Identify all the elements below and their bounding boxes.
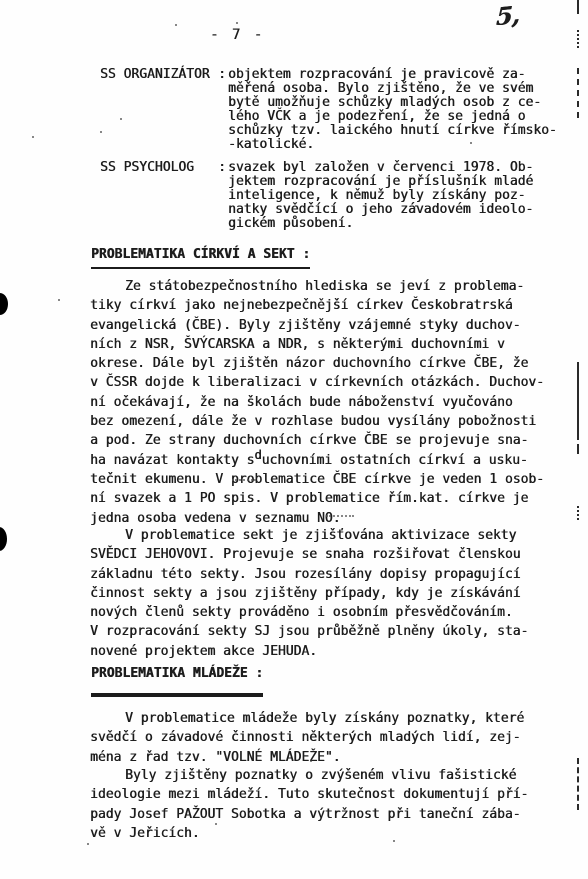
section-heading-church-text: PROBLEMATIKA CÍRKVÍ A SEKT :: [91, 245, 310, 269]
scan-speck: [215, 823, 217, 825]
punch-hole-mark: [0, 293, 8, 315]
scan-smudge: [232, 479, 256, 481]
profile-separator: :: [218, 161, 226, 175]
edge-scan-mark: [577, 30, 579, 48]
edge-scan-mark: [577, 68, 579, 118]
typo-line-suffix: uchovními ostatních církví a usku-: [262, 453, 528, 468]
edge-scan-mark: [577, 0, 579, 14]
church-paragraph-1: Ze státobezpečnostního hlediska se jeví …: [90, 277, 544, 528]
edge-scan-mark: [577, 758, 579, 810]
scan-speck: [58, 299, 60, 301]
profile-text: objektem rozpracování je pravicově za- m…: [228, 68, 557, 152]
section-heading-church: PROBLEMATIKA CÍRKVÍ A SEKT :: [91, 245, 310, 269]
scan-speck: [32, 136, 34, 138]
edge-scan-mark: [577, 362, 579, 440]
scan-speck: [120, 118, 122, 120]
church-paragraph-1-part-b: tečnit ekumenu. V problematice ČBE církv…: [90, 470, 544, 528]
profile-label: SS ORGANIZÁTOR: [100, 68, 210, 82]
scan-speck: [175, 24, 177, 26]
profile-label: SS PSYCHOLOG: [100, 161, 194, 175]
section-heading-youth-text: PROBLEMATIKA MLÁDEŽE :: [91, 664, 263, 697]
raised-letter: d: [254, 448, 261, 462]
edge-scan-mark: [577, 506, 579, 520]
scan-speck: [310, 760, 312, 762]
youth-paragraph-1: V problematice mládeže byly získány pozn…: [90, 709, 524, 767]
youth-paragraph-2: Byly zjištěny poznatky o zvýšeném vlivu …: [90, 766, 528, 843]
profile-separator: :: [218, 68, 226, 82]
page-number: - 7 -: [210, 27, 265, 43]
church-paragraph-1-typo-line: ha navázat kontakty sduchovními ostatníc…: [90, 451, 544, 470]
document-page: 5, - 7 - SS ORGANIZÁTOR : objektem rozpr…: [0, 0, 588, 879]
church-paragraph-1-part-a: Ze státobezpečnostního hlediska se jeví …: [90, 277, 544, 451]
typo-line-prefix: ha navázat kontakty s: [90, 453, 254, 468]
handwritten-page-mark: 5,: [496, 0, 520, 31]
punch-hole-mark: [0, 527, 7, 551]
church-paragraph-2: V problematice sekt je zjišťována aktivi…: [90, 526, 528, 661]
scan-speck: [470, 142, 472, 144]
profile-text: svazek byl založen v červenci 1978. Ob- …: [228, 161, 533, 231]
scan-speck: [393, 840, 395, 842]
scan-speck: [236, 22, 238, 24]
edge-scan-mark: [577, 444, 579, 454]
scan-speck: [87, 843, 89, 845]
scan-speck: [100, 131, 102, 133]
scan-speck: [415, 205, 417, 207]
scan-smudge: [326, 515, 354, 517]
section-heading-youth: PROBLEMATIKA MLÁDEŽE :: [91, 664, 263, 697]
